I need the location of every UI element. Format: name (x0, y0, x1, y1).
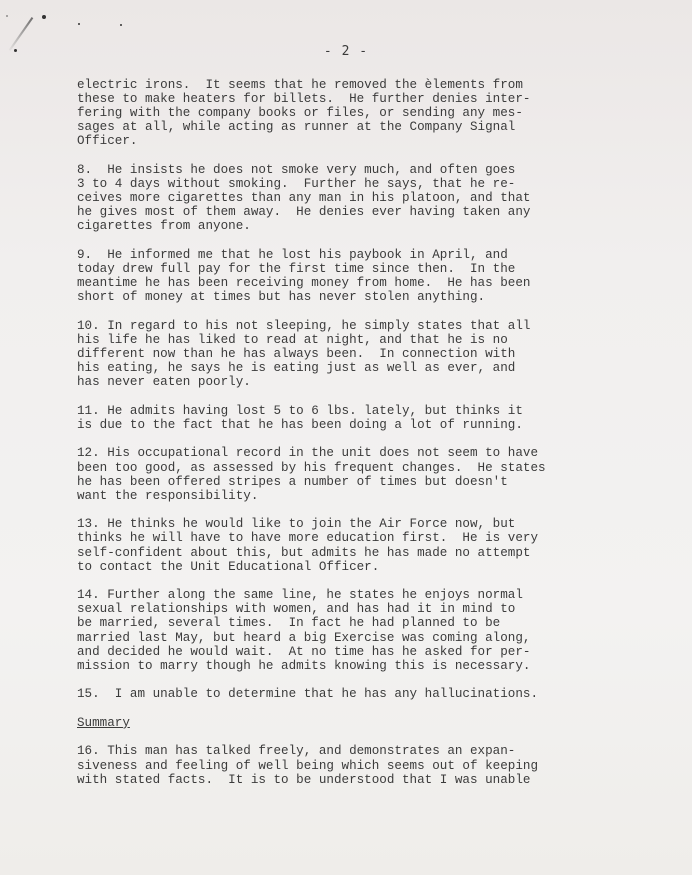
summary-paragraphs: 16. This man has talked freely, and demo… (77, 744, 657, 786)
summary-heading: Summary (77, 716, 130, 730)
text-line: been too good, as assessed by his freque… (77, 461, 657, 475)
text-line: is due to the fact that he has been doin… (77, 418, 657, 432)
text-line: Officer. (77, 134, 657, 148)
text-line: has never eaten poorly. (77, 375, 657, 389)
text-line: meantime he has been receiving money fro… (77, 276, 657, 290)
text-line: his life he has liked to read at night, … (77, 333, 657, 347)
paragraph-p12: 12. His occupational record in the unit … (77, 446, 657, 502)
paragraph-p14: 14. Further along the same line, he stat… (77, 588, 657, 673)
text-line: 3 to 4 days without smoking. Further he … (77, 177, 657, 191)
page-number: - 2 - (0, 44, 692, 59)
paragraph-p16: 16. This man has talked freely, and demo… (77, 744, 657, 786)
text-line: siveness and feeling of well being which… (77, 759, 657, 773)
text-line: 16. This man has talked freely, and demo… (77, 744, 657, 758)
text-line: mission to marry though he admits knowin… (77, 659, 657, 673)
text-line: thinks he will have to have more educati… (77, 531, 657, 545)
text-line: 12. His occupational record in the unit … (77, 446, 657, 460)
scan-mark-dot (120, 24, 122, 26)
text-line: cigarettes from anyone. (77, 219, 657, 233)
text-line: ceives more cigarettes than any man in h… (77, 191, 657, 205)
text-line: be married, several times. In fact he ha… (77, 616, 657, 630)
text-line: sages at all, while acting as runner at … (77, 120, 657, 134)
text-line: married last May, but heard a big Exerci… (77, 631, 657, 645)
text-line: sexual relationships with women, and has… (77, 602, 657, 616)
text-line: self-confident about this, but admits he… (77, 546, 657, 560)
text-line: 11. He admits having lost 5 to 6 lbs. la… (77, 404, 657, 418)
text-line: want the responsibility. (77, 489, 657, 503)
text-line: today drew full pay for the first time s… (77, 262, 657, 276)
text-line: with stated facts. It is to be understoo… (77, 773, 657, 787)
numbered-paragraphs: electric irons. It seems that he removed… (77, 78, 657, 701)
text-line: and decided he would wait. At no time ha… (77, 645, 657, 659)
text-line: 15. I am unable to determine that he has… (77, 687, 657, 701)
document-body: electric irons. It seems that he removed… (77, 78, 657, 801)
text-line: 8. He insists he does not smoke very muc… (77, 163, 657, 177)
paragraph-p13: 13. He thinks he would like to join the … (77, 517, 657, 573)
text-line: to contact the Unit Educational Officer. (77, 560, 657, 574)
text-line: he gives most of them away. He denies ev… (77, 205, 657, 219)
text-line: his eating, he says he is eating just as… (77, 361, 657, 375)
text-line: these to make heaters for billets. He fu… (77, 92, 657, 106)
paragraph-p7-cont: electric irons. It seems that he removed… (77, 78, 657, 148)
text-line: he has been offered stripes a number of … (77, 475, 657, 489)
text-line: fering with the company books or files, … (77, 106, 657, 120)
text-line: different now than he has always been. I… (77, 347, 657, 361)
paragraph-p9: 9. He informed me that he lost his paybo… (77, 248, 657, 304)
text-line: 14. Further along the same line, he stat… (77, 588, 657, 602)
scan-mark-dot (78, 23, 80, 25)
text-line: 13. He thinks he would like to join the … (77, 517, 657, 531)
scan-mark-dot (42, 15, 46, 19)
scan-mark-dot (6, 15, 8, 17)
text-line: electric irons. It seems that he removed… (77, 78, 657, 92)
paragraph-p8: 8. He insists he does not smoke very muc… (77, 163, 657, 233)
paragraph-p10: 10. In regard to his not sleeping, he si… (77, 319, 657, 389)
text-line: 9. He informed me that he lost his paybo… (77, 248, 657, 262)
document-page: - 2 - electric irons. It seems that he r… (0, 0, 692, 875)
text-line: 10. In regard to his not sleeping, he si… (77, 319, 657, 333)
paragraph-p11: 11. He admits having lost 5 to 6 lbs. la… (77, 404, 657, 432)
text-line: short of money at times but has never st… (77, 290, 657, 304)
paragraph-p15: 15. I am unable to determine that he has… (77, 687, 657, 701)
